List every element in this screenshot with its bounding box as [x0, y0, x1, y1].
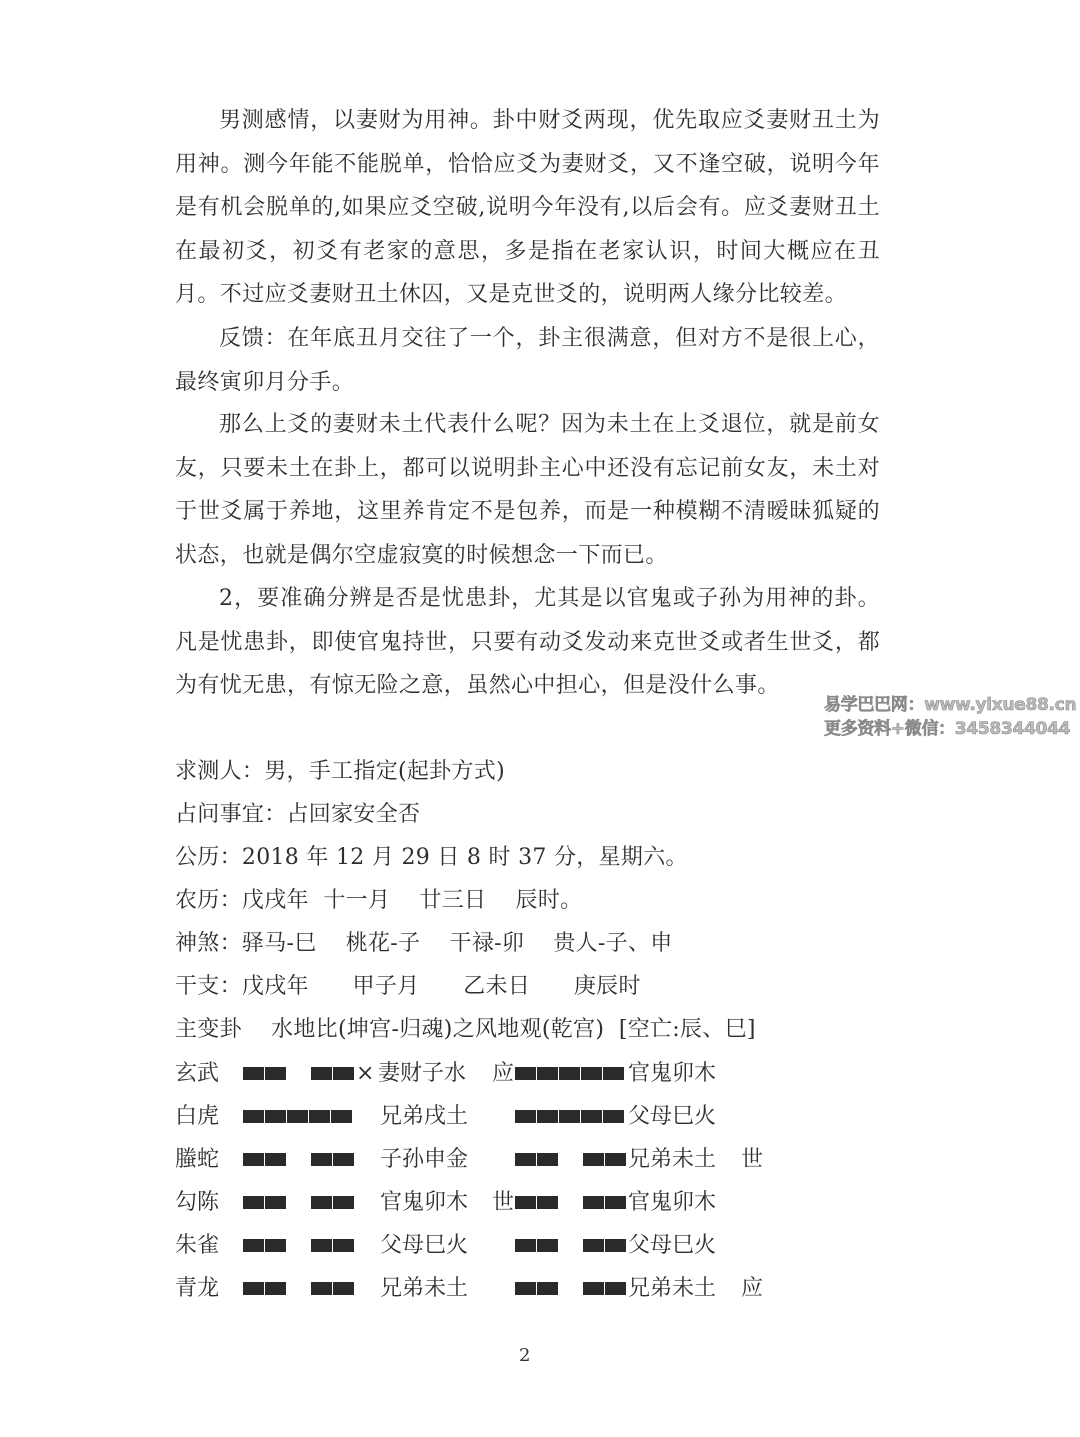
changed-yao-label: 兄弟未土: [628, 1276, 716, 1302]
yin-line: [515, 1196, 627, 1210]
paragraph-point-2: 2，要准确分辨是否是忧患卦，尤其是以官鬼或子孙为用神的卦。凡是忧患卦，即使官鬼持…: [175, 577, 880, 708]
solar-date-line: 公历：2018 年 12 月 29 日 8 时 37 分，星期六。: [175, 845, 688, 871]
hexagram-row: 螣蛇子孙申金兄弟未土世: [175, 1147, 875, 1173]
main-yao-label: 妻财子水: [378, 1061, 466, 1087]
yin-line: [243, 1153, 355, 1167]
page-number: 2: [519, 1345, 530, 1366]
question-line: 占问事宜：占回家安全否: [175, 802, 420, 828]
document-page: 男测感情，以妻财为用神。卦中财爻两现，优先取应爻妻财丑土为用神。测今年能不能脱单…: [0, 0, 1080, 1437]
hexagram-row: 青龙兄弟未土兄弟未土应: [175, 1276, 875, 1302]
paragraph-analysis: 男测感情，以妻财为用神。卦中财爻两现，优先取应爻妻财丑土为用神。测今年能不能脱单…: [175, 99, 880, 317]
watermark: 易学巴巴网：www.yixue88.cn更多资料+微信：3458344044: [824, 693, 1076, 741]
shi-ying-mark-right: 应: [741, 1276, 763, 1302]
main-yao-label: 兄弟戌土: [380, 1104, 468, 1130]
yin-line: [243, 1282, 355, 1296]
hexagram-title-line: 主变卦 水地比(坤宫-归魂)之风地观(乾宫) [空亡:辰、巳]: [175, 1017, 756, 1043]
lunar-date-line: 农历：戊戌年 十一月 廿三日 辰时。: [175, 888, 582, 914]
six-spirit-label: 朱雀: [175, 1233, 219, 1259]
yang-line: [515, 1067, 625, 1081]
main-yao-label: 兄弟未土: [380, 1276, 468, 1302]
yin-line: [243, 1239, 355, 1253]
yin-line: [243, 1067, 355, 1081]
shi-ying-mark-left: 世: [492, 1190, 514, 1216]
shi-ying-mark-right: 世: [741, 1147, 763, 1173]
six-spirit-label: 螣蛇: [175, 1147, 219, 1173]
main-yao-label: 父母巳火: [380, 1233, 468, 1259]
paragraph-feedback: 反馈：在年底丑月交往了一个，卦主很满意，但对方不是很上心，最终寅卯月分手。: [175, 317, 880, 404]
changed-yao-label: 官鬼卯木: [628, 1190, 716, 1216]
moving-mark: ×: [356, 1061, 374, 1087]
changed-yao-label: 官鬼卯木: [628, 1061, 716, 1087]
six-spirit-label: 白虎: [175, 1104, 219, 1130]
shensha-line: 神煞：驿马-巳 桃花-子 干禄-卯 贵人-子、申: [175, 931, 673, 957]
hexagram-row: 白虎兄弟戌土父母巳火: [175, 1104, 875, 1130]
changed-yao-label: 兄弟未土: [628, 1147, 716, 1173]
six-spirit-label: 青龙: [175, 1276, 219, 1302]
yin-line: [515, 1282, 627, 1296]
changed-yao-label: 父母巳火: [628, 1233, 716, 1259]
querent-line: 求测人：男，手工指定(起卦方式): [175, 759, 505, 785]
watermark-contact: 更多资料+微信：3458344044: [824, 717, 1076, 741]
yang-line: [243, 1110, 353, 1124]
yin-line: [515, 1153, 627, 1167]
main-yao-label: 子孙申金: [380, 1147, 468, 1173]
main-yao-label: 官鬼卯木: [380, 1190, 468, 1216]
six-spirit-label: 勾陈: [175, 1190, 219, 1216]
hexagram-row: 玄武×妻财子水应官鬼卯木: [175, 1061, 875, 1087]
six-spirit-label: 玄武: [175, 1061, 219, 1087]
hexagram-row: 朱雀父母巳火父母巳火: [175, 1233, 875, 1259]
shi-ying-mark-left: 应: [492, 1061, 514, 1087]
hexagram-row: 勾陈官鬼卯木世官鬼卯木: [175, 1190, 875, 1216]
changed-yao-label: 父母巳火: [628, 1104, 716, 1130]
yang-line: [515, 1110, 625, 1124]
watermark-site: 易学巴巴网：www.yixue88.cn: [824, 693, 1076, 717]
yin-line: [515, 1239, 627, 1253]
ganzhi-line: 干支：戊戌年 甲子月 乙未日 庚辰时: [175, 974, 641, 1000]
paragraph-weitu: 那么上爻的妻财未土代表什么呢？因为未土在上爻退位，就是前女友，只要未土在卦上，都…: [175, 403, 880, 577]
yin-line: [243, 1196, 355, 1210]
